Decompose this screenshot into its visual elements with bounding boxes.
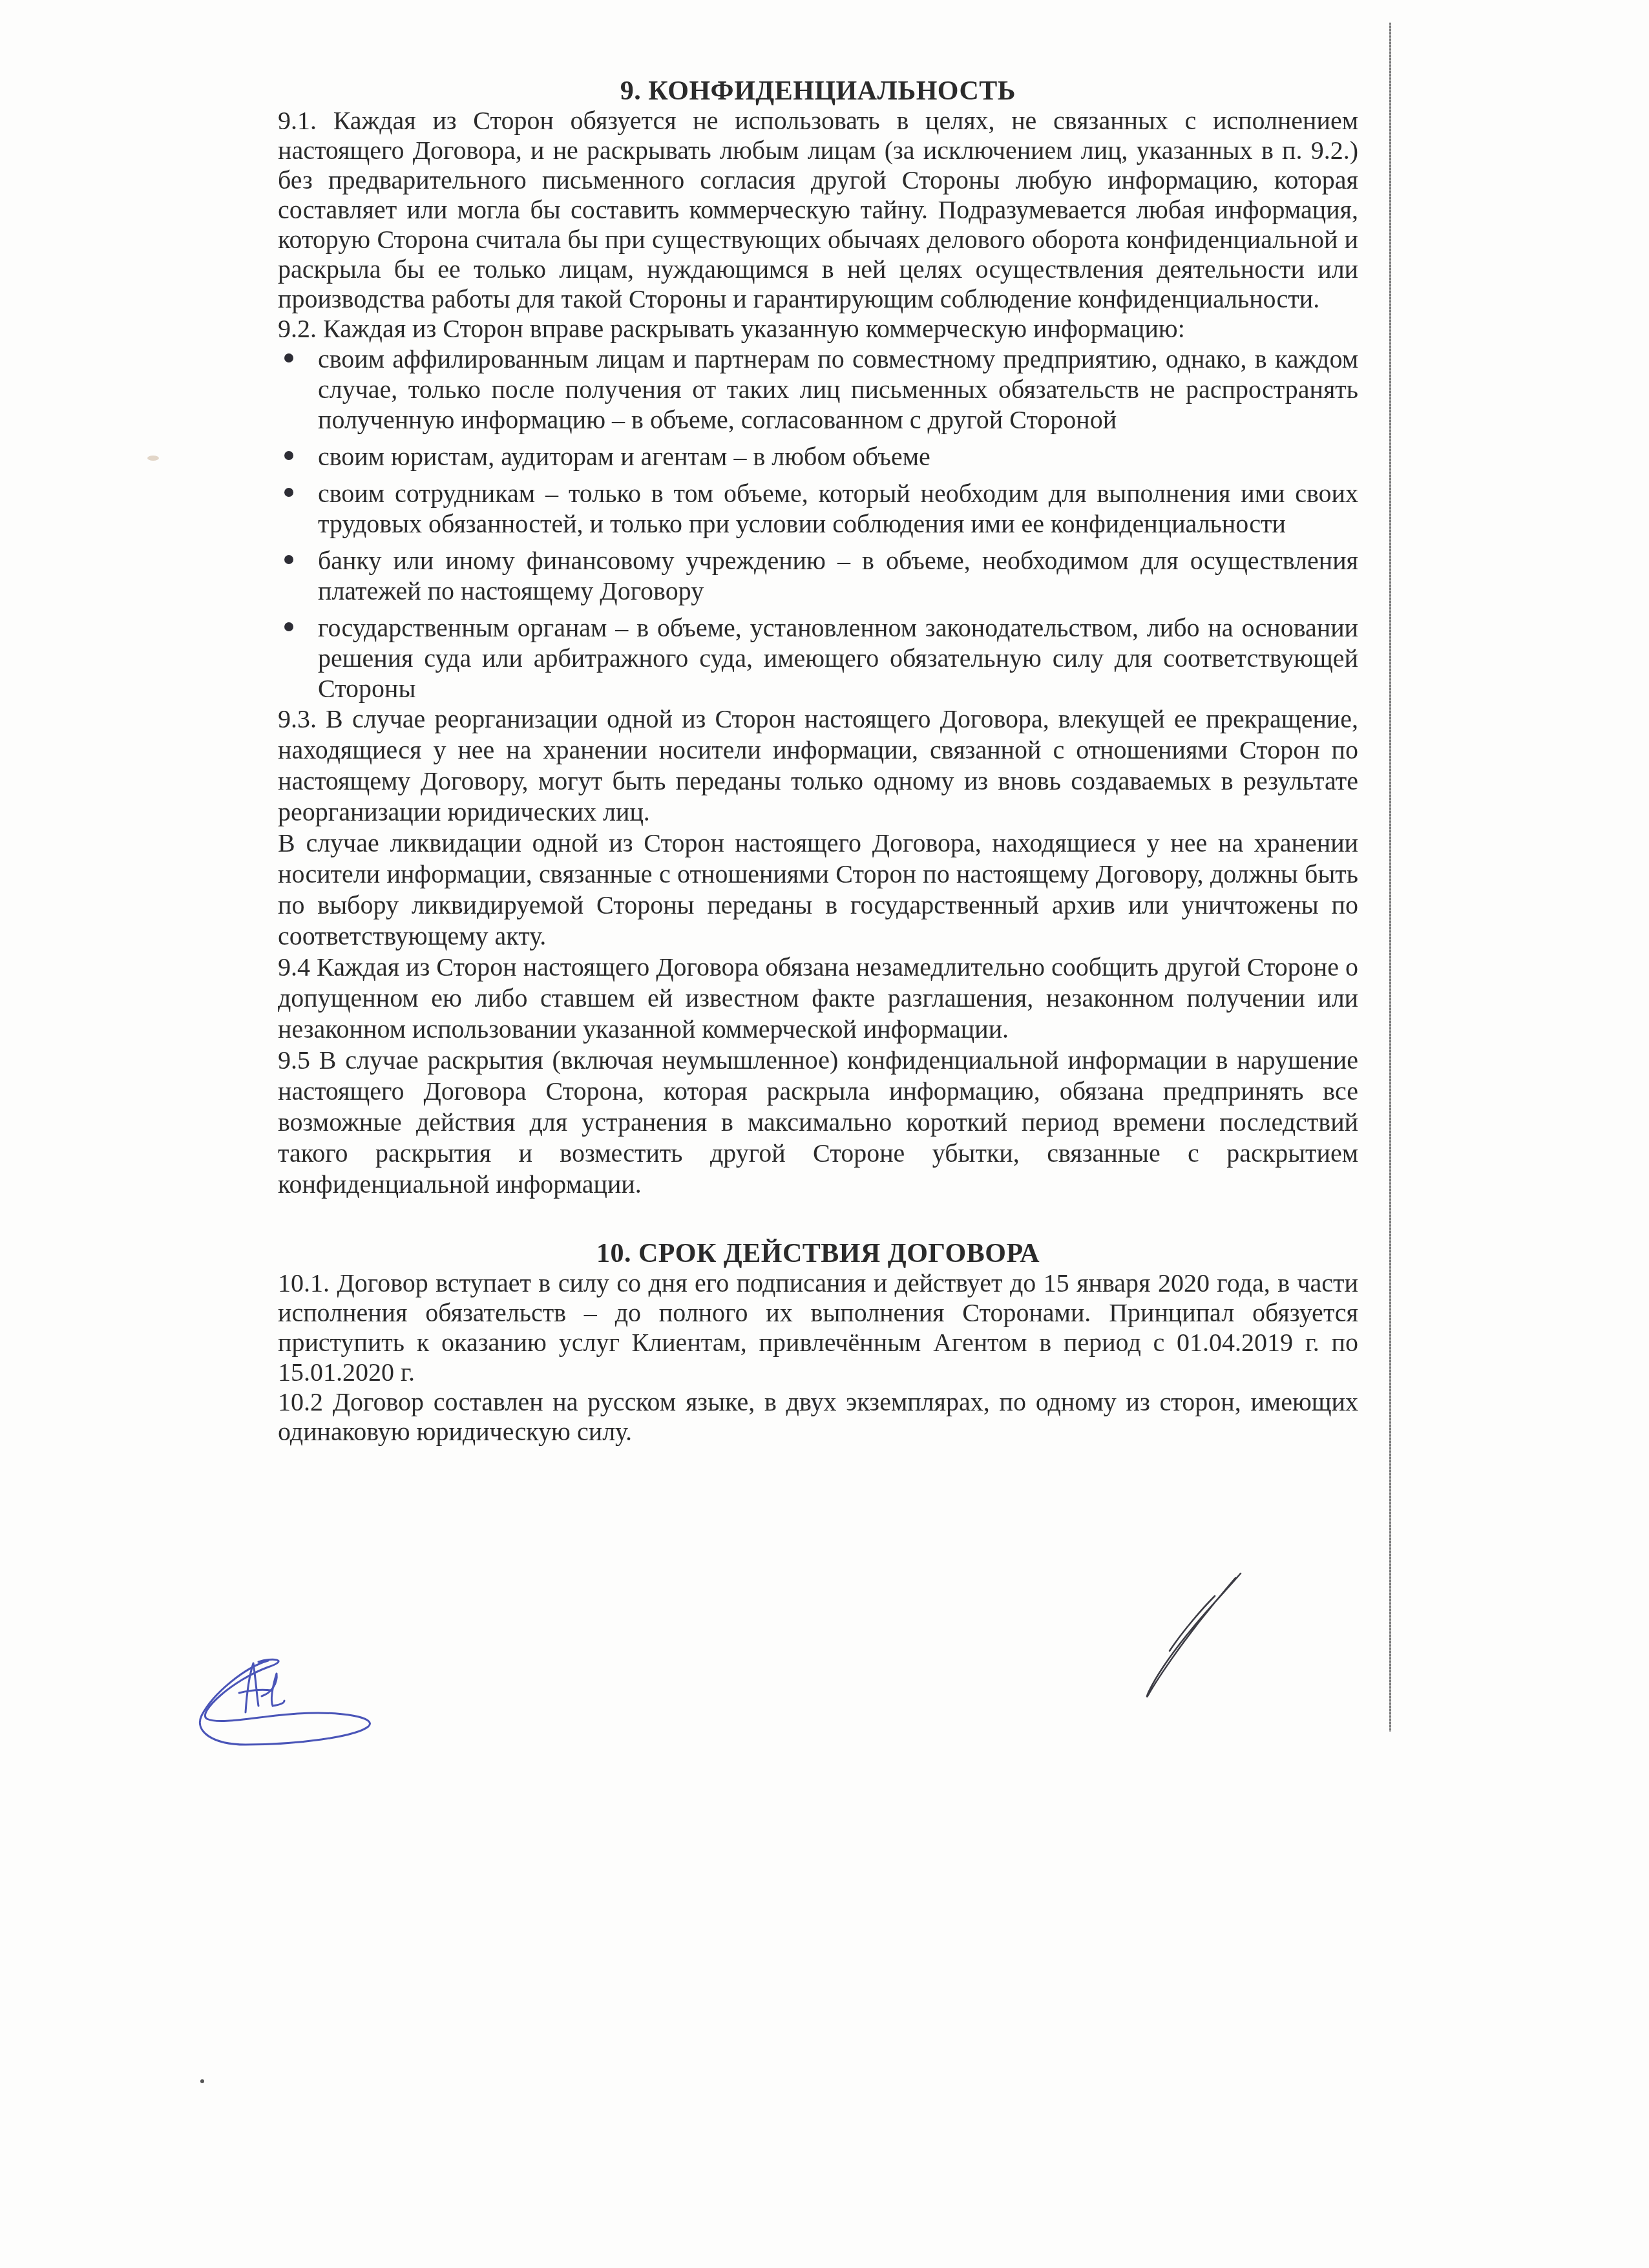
list-item: своим сотрудникам – только в том объеме,… <box>318 478 1358 539</box>
scan-speck <box>200 2079 204 2083</box>
bullet-icon <box>284 488 293 497</box>
section-10-heading: 10. СРОК ДЕЙСТВИЯ ДОГОВОРА <box>278 1239 1358 1268</box>
clause-9-5: 9.5 В случае раскрытия (включая неумышле… <box>278 1045 1358 1200</box>
clause-9-1: 9.1. Каждая из Сторон обязуется не испол… <box>278 106 1358 314</box>
signature-left-icon <box>194 1654 465 1751</box>
clause-10-1: 10.1. Договор вступает в силу со дня его… <box>278 1268 1358 1387</box>
signature-right-icon <box>1086 1570 1254 1706</box>
list-item: своим аффилированным лицам и партнерам п… <box>318 344 1358 435</box>
bullet-icon <box>284 451 293 460</box>
disclosure-list: своим аффилированным лицам и партнерам п… <box>278 344 1358 704</box>
list-item-text: своим юристам, аудиторам и агентам – в л… <box>318 442 930 471</box>
bullet-icon <box>284 353 293 362</box>
list-item: своим юристам, аудиторам и агентам – в л… <box>318 441 1358 472</box>
page-margin-line <box>1389 23 1391 1732</box>
clause-9-3: 9.3. В случае реорганизации одной из Сто… <box>278 704 1358 828</box>
clause-9-4: 9.4 Каждая из Сторон настоящего Договора… <box>278 952 1358 1045</box>
bullet-icon <box>284 622 293 631</box>
list-item: банку или иному финансовому учреждению –… <box>318 545 1358 606</box>
section-9-heading: 9. КОНФИДЕНЦИАЛЬНОСТЬ <box>278 76 1358 106</box>
list-item: государственным органам – в объеме, уста… <box>318 613 1358 704</box>
list-item-text: государственным органам – в объеме, уста… <box>318 613 1358 703</box>
list-item-text: своим аффилированным лицам и партнерам п… <box>318 344 1358 434</box>
document-body: 9. КОНФИДЕНЦИАЛЬНОСТЬ 9.1. Каждая из Сто… <box>278 76 1358 1447</box>
list-item-text: банку или иному финансовому учреждению –… <box>318 546 1358 605</box>
scan-speck <box>147 456 159 461</box>
clause-9-3-liquidation: В случае ликвидации одной из Сторон наст… <box>278 828 1358 952</box>
clause-10-2: 10.2 Договор составлен на русском языке,… <box>278 1387 1358 1447</box>
bullet-icon <box>284 555 293 564</box>
clause-9-2: 9.2. Каждая из Сторон вправе раскрывать … <box>278 314 1358 344</box>
list-item-text: своим сотрудникам – только в том объеме,… <box>318 479 1358 538</box>
